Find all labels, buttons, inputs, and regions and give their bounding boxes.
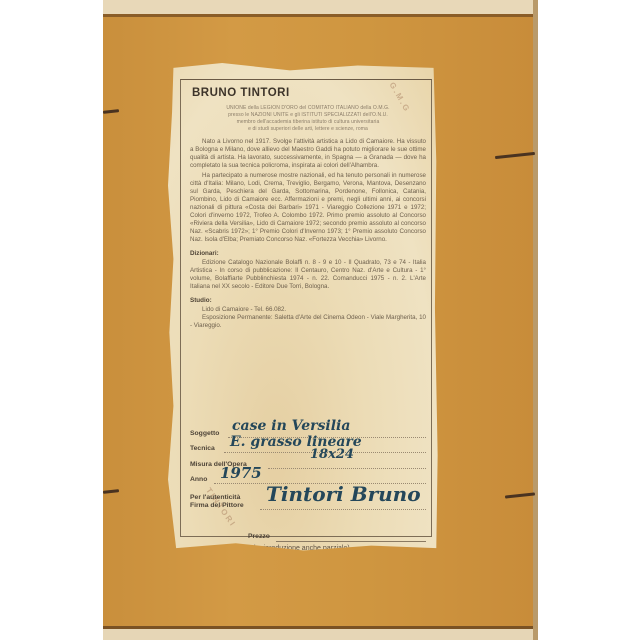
prezzo-label: Prezzo <box>248 533 270 540</box>
field-label: Tecnica <box>190 445 215 452</box>
artwork-fields: Soggetto case in Versilia Tecnica E. gra… <box>190 424 426 512</box>
handwritten-value: case in Versilia <box>232 418 350 434</box>
dizionari-heading: Dizionari: <box>190 250 426 257</box>
organization-line: presso le NAZIONI UNITE e gli ISTITUTI S… <box>190 112 426 119</box>
organization-line: UNIONE della LEGION D'ORO del COMITATO I… <box>190 105 426 112</box>
organization-line: membro dell'accademia tiberina istituto … <box>190 119 426 126</box>
frame-bottom-edge <box>103 626 538 640</box>
exhibitions-paragraph: Ha partecipato a numerose mostre naziona… <box>190 172 426 244</box>
studio-line: Lido di Camaiore - Tel. 66.082. <box>190 306 426 314</box>
field-line <box>260 509 426 510</box>
field-label: Anno <box>190 476 207 483</box>
handwritten-value: 1975 <box>220 464 262 482</box>
field-tecnica: Tecnica E. grasso lineare <box>190 440 426 456</box>
frame-top-edge <box>103 0 538 17</box>
studio-line: Esposizione Permanente: Saletta d'Arte d… <box>190 314 426 330</box>
artist-label: G.M.G TINTORI BRUNO TINTORI UNIONE della… <box>168 63 439 553</box>
artist-name: BRUNO TINTORI <box>192 87 426 99</box>
field-firma: Per l'autenticità Firma del Pittore Tint… <box>190 486 426 512</box>
biography-paragraph: Nato a Livorno nel 1917. Svolge l'attivi… <box>190 138 426 170</box>
organization-line: e di studi superiori delle arti, lettere… <box>190 126 426 133</box>
label-content: BRUNO TINTORI UNIONE della LEGION D'ORO … <box>190 85 426 330</box>
field-label: Soggetto <box>190 430 219 437</box>
artist-signature: Tintori Bruno <box>266 482 421 506</box>
frame-right-edge <box>533 0 538 640</box>
field-line <box>268 468 426 469</box>
field-label: Per l'autenticità Firma del Pittore <box>190 494 244 510</box>
dizionari-text: Edizione Catalogo Nazionale Bolaffi n. 8… <box>190 259 426 291</box>
prezzo-line <box>276 541 426 542</box>
studio-heading: Studio: <box>190 297 426 304</box>
handwritten-value: 18x24 <box>310 447 354 462</box>
